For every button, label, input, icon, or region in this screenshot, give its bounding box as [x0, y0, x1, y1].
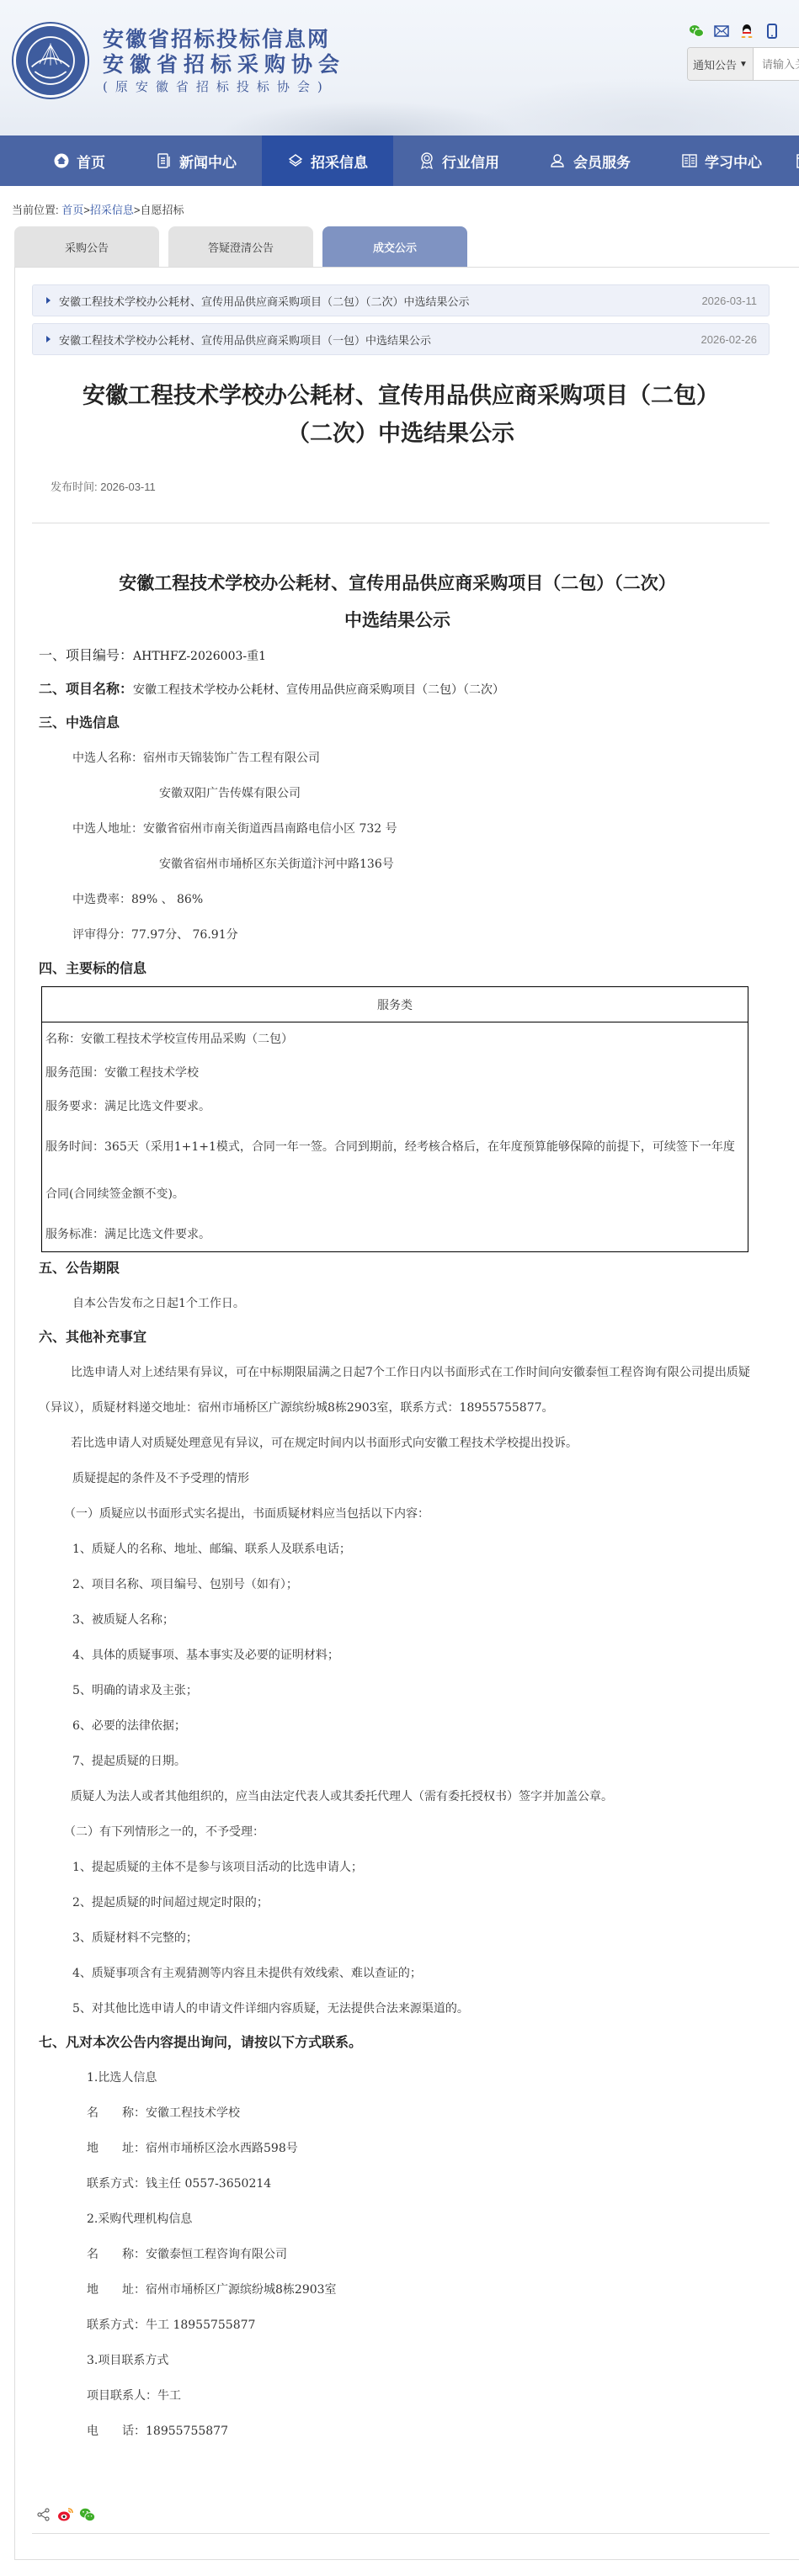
breadcrumb-home[interactable]: 首页 [61, 204, 83, 216]
contact-phone: 电 话：18955755877 [39, 2414, 756, 2449]
list-item: 3、被质疑人名称； [39, 1602, 756, 1638]
mail-icon[interactable] [714, 24, 729, 39]
list-item[interactable]: 安徽工程技术学校办公耗材、宣传用品供应商采购项目（一包）中选结果公示 2026-… [32, 323, 770, 355]
section-project-name: 二、项目名称：安徽工程技术学校办公耗材、宣传用品供应商采购项目（二包）（二次） [39, 673, 756, 707]
publish-time: 发布时间: 2026-03-11 [51, 478, 799, 494]
content-panel: 安徽工程技术学校办公耗材、宣传用品供应商采购项目（二包）（二次）中选结果公示 2… [14, 267, 799, 2560]
list-item[interactable]: 安徽工程技术学校办公耗材、宣传用品供应商采购项目（二包）（二次）中选结果公示 2… [32, 284, 770, 316]
content-heading-line2: 中选结果公示 [39, 603, 756, 640]
qq-icon[interactable] [739, 24, 754, 39]
nav-item-industry-credit[interactable]: 行业信用 [393, 135, 525, 186]
contact-group-title: 3.项目联系方式 [39, 2343, 756, 2378]
list-item: 2、项目名称、项目编号、包别号（如有）； [39, 1567, 756, 1602]
paragraph: 质疑人为法人或者其他组织的，应当由法定代表人或其委托代理人（需有委托授权书）签字… [39, 1779, 756, 1814]
search-box: 通知公告 ▼ [687, 47, 799, 81]
mobile-icon[interactable] [764, 24, 780, 39]
winner-address-2: 安徽省宿州市埇桥区东关街道汴河中路136号 [39, 847, 756, 882]
wechat-icon[interactable] [79, 2506, 96, 2523]
breadcrumb-prefix: 当前位置: [12, 204, 59, 216]
tab-clarification-notice[interactable]: 答疑澄清公告 [168, 226, 313, 267]
site-title-line2: 安徽省招标采购协会 [103, 52, 345, 77]
list-item: 6、必要的法律依据； [39, 1708, 756, 1744]
table-row: 服务要求：满足比选文件要求。 [42, 1090, 748, 1123]
divider [32, 2533, 770, 2534]
home-icon [53, 152, 70, 169]
contact-group-title: 2.采购代理机构信息 [39, 2202, 756, 2237]
nav-item-label: 学习中心 [705, 151, 762, 172]
project-name: 安徽工程技术学校办公耗材、宣传用品供应商采购项目（二包）（二次） [133, 683, 504, 697]
list-item: 4、具体的质疑事项、基本事实及必要的证明材料； [39, 1638, 756, 1673]
nav-item-bidding-info[interactable]: 招采信息 [262, 135, 393, 186]
section-winner-info: 三、中选信息 [39, 707, 756, 741]
list-item: 5、明确的请求及主张； [39, 1673, 756, 1708]
part2-title: （二）有下列情形之一的，不予受理： [39, 1814, 756, 1850]
contact-group-title: 1.比选人信息 [39, 2060, 756, 2095]
nav-item-label: 行业信用 [442, 151, 499, 172]
field-value: 宿州市天锦装饰广告工程有限公司 [143, 752, 320, 765]
contact-phone: 联系方式：钱主任 0557-3650214 [39, 2166, 756, 2202]
list-item: 5、对其他比选申请人的申请文件详细内容质疑，无法提供合法来源渠道的。 [39, 1991, 756, 2026]
search-input[interactable] [754, 48, 799, 80]
nav-item-label: 首页 [77, 151, 105, 172]
main-nav: 首页 新闻中心 招采信息 行业信用 会员服务 学习中心 [0, 135, 799, 186]
caret-right-icon [46, 297, 51, 304]
caret-right-icon [46, 336, 51, 343]
project-number: AHTHFZ-2026003-重1 [133, 650, 266, 663]
content-heading-line1: 安徽工程技术学校办公耗材、宣传用品供应商采购项目（二包）（二次） [39, 566, 756, 603]
breadcrumb-current: 自愿招标 [140, 204, 184, 216]
section-label: 一、项目编号： [39, 649, 133, 663]
section-contact: 七、凡对本次公告内容提出询问，请按以下方式联系。 [39, 2026, 756, 2060]
table-header: 服务类 [42, 987, 748, 1022]
table-row: 服务时间：365天（采用1+1+1模式，合同一年一签。合同到期前，经考核合格后，… [42, 1123, 748, 1218]
nav-item-learning-center[interactable]: 学习中心 [656, 135, 787, 186]
nav-item-member-service[interactable]: 会员服务 [525, 135, 656, 186]
list-item-date: 2026-02-26 [701, 333, 758, 346]
site-title-line3: (原安徽省招标投标协会) [103, 77, 345, 96]
document-icon [156, 152, 173, 169]
section-project-number: 一、项目编号：AHTHFZ-2026003-重1 [39, 640, 756, 673]
share-bar [35, 2506, 799, 2523]
top-contact-icons [689, 24, 780, 39]
award-icon [418, 152, 435, 169]
winner-name-2: 安徽双阳广告传媒有限公司 [39, 776, 756, 811]
site-title: 安徽省招标投标信息网 安徽省招标采购协会 (原安徽省招标投标协会) [103, 27, 345, 96]
header-background-mountain [471, 76, 799, 135]
table-row: 名称：安徽工程技术学校宣传用品采购（二包） [42, 1022, 748, 1057]
chevron-down-icon: ▼ [739, 60, 748, 69]
tab-deal-announcement[interactable]: 成交公示 [322, 226, 467, 267]
announcement-period-text: 自本公告发布之日起1个工作日。 [39, 1286, 756, 1321]
site-header: 安徽省招标投标信息网 安徽省招标采购协会 (原安徽省招标投标协会) 通知公告 ▼ [0, 0, 799, 135]
share-icon[interactable] [35, 2506, 52, 2523]
contact-address: 地 址：宿州市埇桥区广源缤纷城8栋2903室 [39, 2272, 756, 2308]
table-row: 服务标准：满足比选文件要求。 [42, 1218, 748, 1252]
list-item: 2、提起质疑的时间超过规定时限的； [39, 1885, 756, 1920]
list-item: 1、质疑人的名称、地址、邮编、联系人及联系电话； [39, 1532, 756, 1567]
nav-item-label: 新闻中心 [179, 151, 237, 172]
winner-rate: 中选费率：89% 、 86% [39, 882, 756, 917]
category-tabs: 采购公告 答疑澄清公告 成交公示 [14, 226, 799, 267]
winner-name: 中选人名称：宿州市天锦装饰广告工程有限公司 [39, 741, 756, 776]
section-other-matters: 六、其他补充事宜 [39, 1321, 756, 1355]
association-logo[interactable] [13, 24, 88, 98]
winner-address: 中选人地址：安徽省宿州市南关街道西昌南路电信小区 732 号 [39, 811, 756, 847]
nav-item-more[interactable] [787, 135, 799, 186]
paragraph: 若比选申请人对质疑处理意见有异议，可在规定时间内以书面形式向安徽工程技术学校提出… [39, 1426, 756, 1461]
contact-address: 地 址：宿州市埇桥区浍水西路598号 [39, 2131, 756, 2166]
list-item-date: 2026-03-11 [701, 295, 757, 307]
breadcrumb-bidding-info[interactable]: 招采信息 [90, 204, 134, 216]
review-score: 评审得分：77.97分、 76.91分 [39, 917, 756, 953]
contact-phone: 联系方式：牛工 18955755877 [39, 2308, 756, 2343]
section-label: 二、项目名称： [39, 683, 133, 697]
breadcrumb-separator: > [83, 204, 90, 216]
search-category-select[interactable]: 通知公告 ▼ [688, 48, 754, 80]
book-icon [681, 152, 698, 169]
contact-person: 项目联系人：牛工 [39, 2378, 756, 2414]
user-icon [550, 152, 567, 169]
article-title: 安徽工程技术学校办公耗材、宣传用品供应商采购项目（二包）（二次）中选结果公示 [32, 377, 770, 453]
tab-procurement-notice[interactable]: 采购公告 [14, 226, 159, 267]
breadcrumb: 当前位置: 首页>招采信息>自愿招标 [0, 186, 799, 226]
nav-item-label: 会员服务 [573, 151, 631, 172]
divider [32, 523, 770, 523]
field-label: 中选人名称： [72, 752, 143, 765]
table-row: 服务范围：安徽工程技术学校 [42, 1056, 748, 1090]
conditions-title: 质疑提起的条件及不予受理的情形 [39, 1461, 756, 1496]
logo-emblem-icon [16, 26, 85, 95]
nav-item-label: 招采信息 [311, 151, 368, 172]
weibo-icon[interactable] [57, 2506, 74, 2523]
section-main-subject: 四、主要标的信息 [39, 953, 756, 986]
paragraph: 比选申请人对上述结果有异议，可在中标期限届满之日起7个工作日内以书面形式在工作时… [39, 1355, 756, 1426]
wechat-icon[interactable] [689, 24, 704, 39]
contact-name: 名 称：安徽工程技术学校 [39, 2095, 756, 2131]
content-heading: 安徽工程技术学校办公耗材、宣传用品供应商采购项目（二包）（二次） 中选结果公示 [39, 566, 756, 640]
list-item: 7、提起质疑的日期。 [39, 1744, 756, 1779]
nav-item-home[interactable]: 首页 [28, 135, 131, 186]
part1-title: （一）质疑应以书面形式实名提出，书面质疑材料应当包括以下内容： [39, 1496, 756, 1532]
contact-name: 名 称：安徽泰恒工程咨询有限公司 [39, 2237, 756, 2272]
search-category-label: 通知公告 [693, 56, 737, 72]
list-item: 3、质疑材料不完整的； [39, 1920, 756, 1956]
field-label: 中选人地址： [72, 822, 143, 836]
article-content: 安徽工程技术学校办公耗材、宣传用品供应商采购项目（二包）（二次） 中选结果公示 … [32, 566, 770, 2449]
section-announcement-period: 五、公告期限 [39, 1252, 756, 1286]
site-title-line1: 安徽省招标投标信息网 [103, 27, 345, 52]
list-item-title: 安徽工程技术学校办公耗材、宣传用品供应商采购项目（二包）（二次）中选结果公示 [59, 293, 701, 309]
list-item: 4、质疑事项含有主观猜测等内容且未提供有效线索、难以查证的； [39, 1956, 756, 1991]
list-item: 1、提起质疑的主体不是参与该项目活动的比选申请人； [39, 1850, 756, 1885]
calendar-icon [796, 152, 799, 169]
service-table: 服务类 名称：安徽工程技术学校宣传用品采购（二包） 服务范围：安徽工程技术学校 … [41, 986, 748, 1252]
nav-item-news[interactable]: 新闻中心 [131, 135, 262, 186]
layers-icon [287, 152, 304, 169]
field-value: 安徽省宿州市南关街道西昌南路电信小区 732 号 [143, 822, 397, 836]
list-item-title: 安徽工程技术学校办公耗材、宣传用品供应商采购项目（一包）中选结果公示 [59, 332, 701, 348]
